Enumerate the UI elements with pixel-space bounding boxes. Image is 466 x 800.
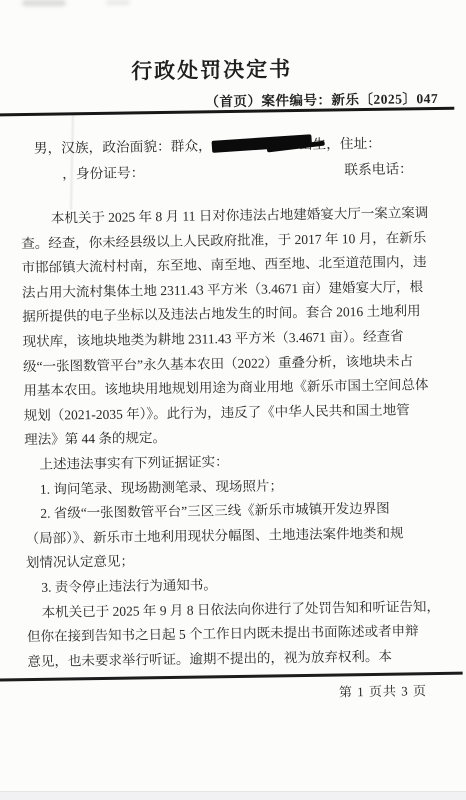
redaction-bar xyxy=(212,136,312,152)
phone-label: 联系电话： xyxy=(344,161,413,177)
party-info-prefix: 男，汉族，政治面貌：群众， xyxy=(34,138,212,156)
document-body: 本机关于 2025 年 8 月 11 日对你违法占地建婚宴大厅一案立案调 查。经… xyxy=(21,201,464,675)
party-info-line-1: 男，汉族，政治面貌：群众，出生，住址： xyxy=(20,131,464,158)
party-info-suffix: ，住址： xyxy=(326,136,381,152)
page-number: 第 1 页共 3 页 xyxy=(339,680,427,700)
redacted-blank-space xyxy=(144,174,344,177)
party-info-line-2: ，身份证号：联系电话： xyxy=(20,156,466,183)
document-title: 行政处罚决定书 xyxy=(0,51,428,87)
document-photo: 行政处罚决定书 （首页）案件编号：新乐〔2025〕047 男，汉族，政治面貌：群… xyxy=(0,0,466,800)
id-number-label: ，身份证号： xyxy=(62,165,144,181)
document-page: 行政处罚决定书 （首页）案件编号：新乐〔2025〕047 男，汉族，政治面貌：群… xyxy=(0,0,466,800)
